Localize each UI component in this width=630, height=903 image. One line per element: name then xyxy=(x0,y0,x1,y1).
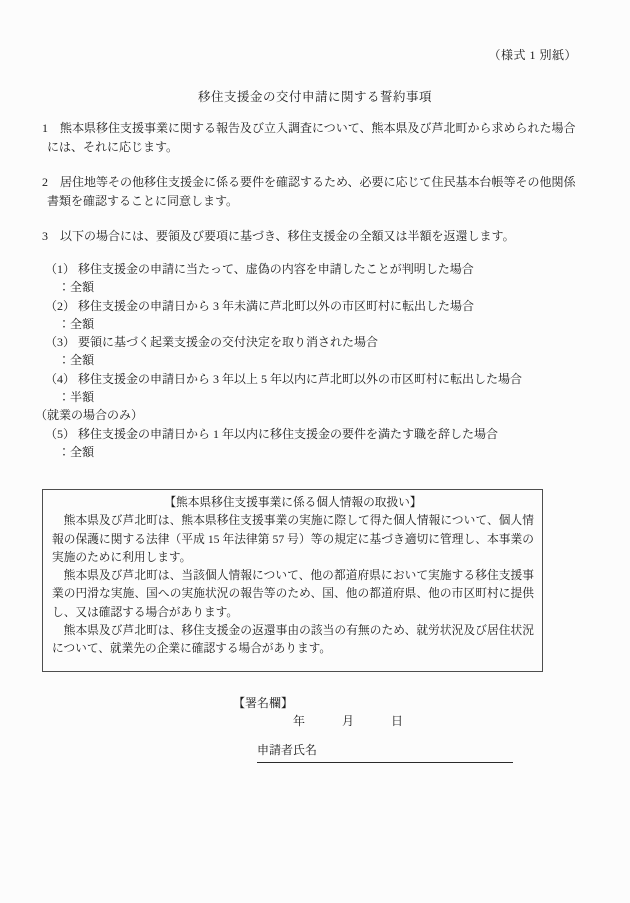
clause-number: 2 xyxy=(42,173,60,192)
case-amount-3: ：全額 xyxy=(58,351,585,369)
privacy-notice-box: 【熊本県移住支援事業に係る個人情報の取扱い】 熊本県及び芦北町は、熊本県移住支援… xyxy=(42,489,543,672)
case-label: （3） xyxy=(45,335,75,349)
case-amount-2: ：全額 xyxy=(58,315,585,333)
privacy-paragraph-1: 熊本県及び芦北町は、熊本県移住支援事業の実施に際して得た個人情報について、個人情… xyxy=(52,512,534,567)
clause-text: 以下の場合には、要領及び要項に基づき、移住支援金の全額又は半額を返還します。 xyxy=(60,229,515,243)
applicant-name-underline: 申請者氏名 xyxy=(257,743,513,763)
case-amount-1: ：全額 xyxy=(58,278,585,296)
document-page: （様式 1 別紙） 移住支援金の交付申請に関する誓約事項 1熊本県移住支援事業に… xyxy=(0,0,630,903)
case-condition-text: 移住支援金の申請日から 3 年未満に芦北町以外の市区町村に転出した場合 xyxy=(78,299,474,313)
case-label: （1） xyxy=(45,262,75,276)
document-title: 移住支援金の交付申請に関する誓約事項 xyxy=(0,88,630,107)
case-label: （5） xyxy=(45,427,75,441)
privacy-paragraph-3: 熊本県及び芦北町は、移住支援金の返還事由の該当の有無のため、就労状況及び居住状況… xyxy=(52,622,534,659)
signature-date-line: 年 月 日 xyxy=(293,712,403,731)
case-amount-4: ：半額 xyxy=(58,388,585,406)
case-condition-1: （1）移住支援金の申請に当たって、虚偽の内容を申請したことが判明した場合 xyxy=(45,260,585,278)
date-day-label: 日 xyxy=(391,712,403,731)
signature-section-heading: 【署名欄】 xyxy=(233,694,293,713)
clause-text: 熊本県移住支援事業に関する報告及び立入調査について、熊本県及び芦北町から求められ… xyxy=(47,121,576,154)
form-style-note: （様式 1 別紙） xyxy=(488,47,577,63)
case-condition-text: 移住支援金の申請日から 3 年以上 5 年以内に芦北町以外の市区町村に転出した場… xyxy=(78,372,522,386)
clause-number: 1 xyxy=(42,119,60,138)
case-amount-5: ：全額 xyxy=(58,443,585,461)
clause-item-1: 1熊本県移住支援事業に関する報告及び立入調査について、熊本県及び芦北町から求めら… xyxy=(42,119,582,157)
case-condition-text: 要領に基づく起業支援金の交付決定を取り消された場合 xyxy=(78,335,378,349)
clause-text: 居住地等その他移住支援金に係る要件を確認するため、必要に応じて住民基本台帳等その… xyxy=(47,175,576,208)
clause-item-2: 2居住地等その他移住支援金に係る要件を確認するため、必要に応じて住民基本台帳等そ… xyxy=(42,173,582,211)
applicant-name-label: 申請者氏名 xyxy=(257,743,317,757)
case-condition-4: （4）移住支援金の申請日から 3 年以上 5 年以内に芦北町以外の市区町村に転出… xyxy=(45,370,585,388)
date-year-label: 年 xyxy=(293,712,305,731)
case-label: （2） xyxy=(45,299,75,313)
date-month-label: 月 xyxy=(342,712,354,731)
employment-only-note: （就業の場合のみ） xyxy=(35,406,585,424)
case-condition-2: （2）移住支援金の申請日から 3 年未満に芦北町以外の市区町村に転出した場合 xyxy=(45,297,585,315)
case-label: （4） xyxy=(45,372,75,386)
case-condition-5: （5）移住支援金の申請日から 1 年以内に移住支援金の要件を満たす職を辞した場合 xyxy=(45,425,585,443)
privacy-box-heading: 【熊本県移住支援事業に係る個人情報の取扱い】 xyxy=(52,494,534,512)
return-cases-list: （1）移住支援金の申請に当たって、虚偽の内容を申請したことが判明した場合 ：全額… xyxy=(45,260,585,461)
case-condition-text: 移住支援金の申請に当たって、虚偽の内容を申請したことが判明した場合 xyxy=(78,262,474,276)
case-condition-3: （3）要領に基づく起業支援金の交付決定を取り消された場合 xyxy=(45,333,585,351)
clause-item-3: 3以下の場合には、要領及び要項に基づき、移住支援金の全額又は半額を返還します。 xyxy=(42,227,582,246)
clause-number: 3 xyxy=(42,227,60,246)
case-condition-text: 移住支援金の申請日から 1 年以内に移住支援金の要件を満たす職を辞した場合 xyxy=(78,427,498,441)
privacy-paragraph-2: 熊本県及び芦北町は、当該個人情報について、他の都道府県において実施する移住支援事… xyxy=(52,567,534,622)
